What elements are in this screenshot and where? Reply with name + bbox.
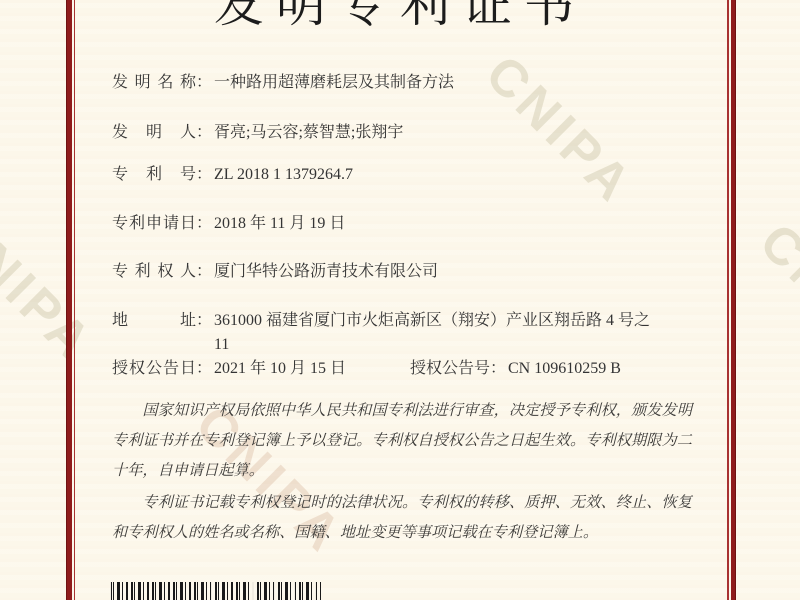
field-value: 361000 福建省厦门市火炬高新区（翔安）产业区翔岳路 4 号之 11 — [214, 309, 666, 357]
field-filing-date: 专利申请日：2018 年 11 月 19 日 — [112, 212, 694, 236]
field-value: CN 109610259 B — [508, 357, 621, 381]
field-inventors: 发明人：胥亮;马云容;蔡智慧;张翔宇 — [112, 121, 694, 145]
barcode — [110, 582, 321, 600]
field-label: 专利权人 — [112, 260, 196, 284]
field-patent-number: 专利号：ZL 2018 1 1379264.7 — [112, 163, 694, 187]
field-colon: ： — [196, 212, 214, 236]
right-border-thin — [727, 0, 729, 600]
field-patentee: 专利权人：厦门华特公路沥青技术有限公司 — [112, 260, 694, 284]
field-label: 授权公告号 — [410, 357, 490, 381]
field-value: 厦门华特公路沥青技术有限公司 — [214, 260, 438, 284]
field-colon: ： — [490, 357, 508, 381]
field-value: 2021 年 10 月 15 日 — [214, 357, 346, 381]
field-label: 专利号 — [112, 163, 196, 187]
patent-certificate-page: CNIPA CNIPA CNIPA CNIPA 发明专利证书 发明名称：一种路用… — [0, 0, 800, 600]
field-colon: ： — [196, 309, 214, 333]
field-address: 地址：361000 福建省厦门市火炬高新区（翔安）产业区翔岳路 4 号之 11 — [112, 309, 694, 357]
left-border-thin — [74, 0, 76, 600]
field-colon: ： — [196, 260, 214, 284]
legal-paragraph-2: 专利证书记载专利权登记时的法律状况。专利权的转移、质押、无效、终止、恢复和专利权… — [112, 488, 692, 548]
field-value: 一种路用超薄磨耗层及其制备方法 — [214, 71, 454, 95]
field-colon: ： — [196, 121, 214, 145]
field-colon: ： — [196, 71, 214, 95]
field-label: 专利申请日 — [112, 212, 196, 236]
field-value: ZL 2018 1 1379264.7 — [214, 163, 353, 187]
field-label: 授权公告日 — [112, 357, 196, 381]
right-border-thick — [731, 0, 737, 600]
field-grant-number: 授权公告号：CN 109610259 B — [410, 357, 621, 381]
field-label: 发明名称 — [112, 71, 196, 95]
field-value: 2018 年 11 月 19 日 — [214, 212, 345, 236]
field-colon: ： — [196, 163, 214, 187]
certificate-title: 发明专利证书 — [0, 0, 800, 36]
field-value: 胥亮;马云容;蔡智慧;张翔宇 — [214, 121, 403, 145]
field-colon: ： — [196, 357, 214, 381]
certificate-content: 发明专利证书 发明名称：一种路用超薄磨耗层及其制备方法 发明人：胥亮;马云容;蔡… — [0, 0, 800, 600]
left-border-thick — [66, 0, 72, 600]
legal-text: 国家知识产权局依照中华人民共和国专利法进行审查，决定授予专利权，颁发发明专利证书… — [112, 396, 692, 550]
field-label: 地址 — [112, 309, 196, 333]
field-label: 发明人 — [112, 121, 196, 145]
field-invention-name: 发明名称：一种路用超薄磨耗层及其制备方法 — [112, 71, 694, 95]
field-grant-row: 授权公告日：2021 年 10 月 15 日 授权公告号：CN 10961025… — [112, 357, 694, 381]
legal-paragraph-1: 国家知识产权局依照中华人民共和国专利法进行审查，决定授予专利权，颁发发明专利证书… — [112, 396, 692, 486]
